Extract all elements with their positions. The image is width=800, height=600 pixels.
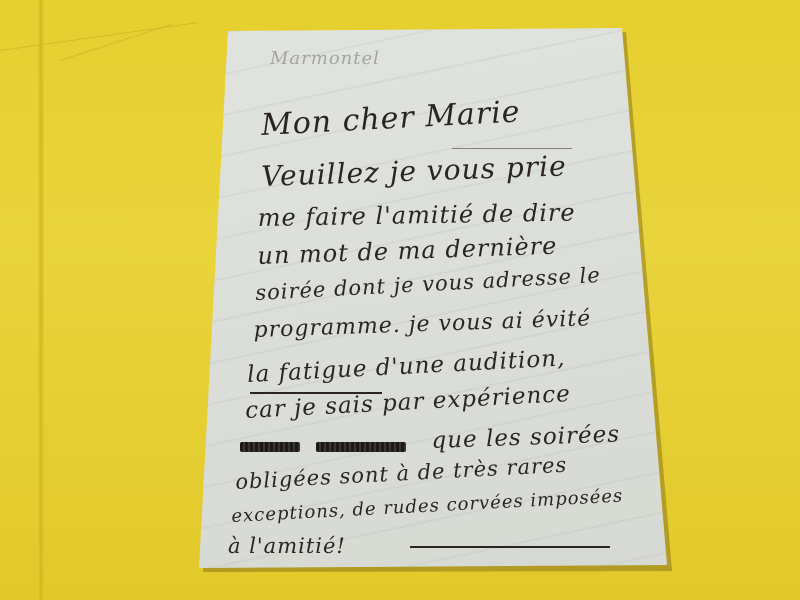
background-crease (60, 23, 174, 61)
letter-line-11: à l'amitié! (228, 534, 346, 558)
letter-line-2: me faire l'amitié de dire (258, 198, 576, 232)
header-note: Marmontel (270, 48, 380, 69)
background-fold-crease (38, 0, 44, 600)
struck-word-1 (240, 442, 300, 452)
struck-word-2 (316, 442, 406, 452)
closing-flourish-line (410, 546, 610, 548)
